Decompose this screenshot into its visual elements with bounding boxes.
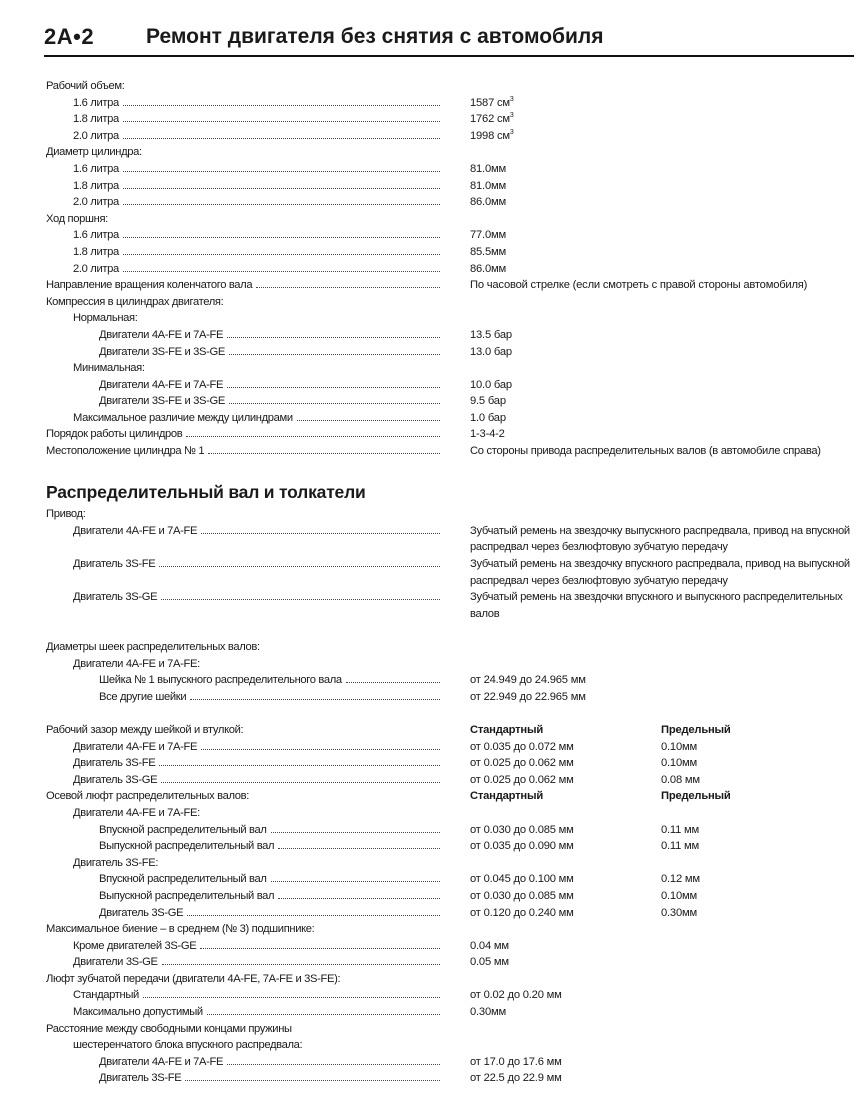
spec-label: Привод:	[46, 506, 86, 523]
spec-label: Двигатель 3S-FE	[73, 556, 440, 573]
dot-leader	[123, 137, 440, 139]
dot-leader	[123, 203, 440, 205]
spec-label-text: Рабочий объем:	[46, 78, 125, 95]
spec-label: Двигатель 3S-GE	[73, 589, 440, 606]
spec-label-text: Люфт зубчатой передачи (двигатели 4A-FE,…	[46, 971, 340, 988]
spec-value: от 17.0 до 17.6 мм	[470, 1054, 562, 1071]
dot-leader	[123, 270, 440, 272]
spacer	[0, 705, 866, 722]
spec-value: 86.0мм	[470, 194, 506, 211]
spec-row: Впускной распределительный валот 0.045 д…	[0, 871, 866, 888]
column-header-limit: Предельный	[661, 788, 731, 805]
spec-row: 1.8 литра85.5мм	[0, 244, 866, 261]
dot-leader	[123, 236, 440, 238]
spec-label-text: Кроме двигателей 3S-GE	[73, 938, 196, 955]
spec-label-text: Привод:	[46, 506, 86, 523]
spec-value: 13.0 бар	[470, 344, 512, 361]
spec-limit-value: 0.30мм	[661, 905, 697, 922]
spec-row: 2.0 литра86.0мм	[0, 261, 866, 278]
dot-leader	[278, 847, 440, 849]
dot-leader	[229, 353, 440, 355]
spec-label-text: Двигатели 4A-FE и 7A-FE:	[73, 656, 200, 673]
dot-leader	[229, 402, 440, 404]
spec-label-text: 1.8 литра	[73, 111, 119, 128]
spec-row: Минимальная:	[0, 360, 866, 377]
dot-leader	[346, 681, 440, 683]
spec-row: Двигатели 4A-FE и 7A-FE10.0 бар	[0, 377, 866, 394]
spec-value: от 0.045 до 0.100 мм	[470, 871, 574, 888]
spec-row: Шейка № 1 выпускного распределительного …	[0, 672, 866, 689]
spec-label-text: Двигатель 3S-GE	[73, 772, 157, 789]
spec-row: Двигатели 3S-FE и 3S-GE13.0 бар	[0, 344, 866, 361]
spec-row: Привод:	[0, 506, 866, 523]
spec-row: Максимально допустимый0.30мм	[0, 1004, 866, 1021]
spec-limit-value: 0.11 мм	[661, 822, 699, 839]
dot-leader	[123, 187, 440, 189]
spec-row: 1.8 литра81.0мм	[0, 178, 866, 195]
spec-label: Двигатели 4A-FE и 7A-FE	[99, 377, 440, 394]
spec-label-text: Двигатель 3S-FE:	[73, 855, 158, 872]
spec-label: Все другие шейки	[99, 689, 440, 706]
spec-label: Максимально допустимый	[73, 1004, 440, 1021]
spec-label: Местоположение цилиндра № 1	[46, 443, 440, 460]
dot-leader	[161, 781, 440, 783]
spec-label: 1.8 литра	[73, 244, 440, 261]
spec-label: Диаметры шеек распределительных валов:	[46, 639, 260, 656]
dot-leader	[187, 914, 440, 916]
spec-value: Со стороны привода распределительных вал…	[470, 443, 862, 460]
dot-leader	[208, 452, 440, 454]
section-title-camshaft: Распределительный вал и толкатели	[0, 476, 866, 506]
spec-row: Двигатель 3S-GEЗубчатый ремень на звездо…	[0, 589, 866, 622]
dot-leader	[200, 947, 440, 949]
spec-label: 1.6 литра	[73, 161, 440, 178]
spec-value: 1587 см3	[470, 95, 514, 112]
spec-row: Ход поршня:	[0, 211, 866, 228]
spec-label-text: шестеренчатого блока впускного распредва…	[73, 1037, 302, 1054]
spec-label-text: Двигатель 3S-FE	[99, 1070, 181, 1087]
spec-label-text: 1.8 литра	[73, 244, 119, 261]
spec-row: Двигатели 4A-FE и 7A-FEЗубчатый ремень н…	[0, 523, 866, 556]
spec-row: Впускной распределительный валот 0.030 д…	[0, 822, 866, 839]
spec-label: Компрессия в цилиндрах двигателя:	[46, 294, 223, 311]
spec-label-text: Местоположение цилиндра № 1	[46, 443, 204, 460]
column-header-limit: Предельный	[661, 722, 731, 739]
spec-label: Направление вращения коленчатого вала	[46, 277, 440, 294]
spec-row: 1.6 литра81.0мм	[0, 161, 866, 178]
spec-row: Компрессия в цилиндрах двигателя:	[0, 294, 866, 311]
spec-row: Рабочий объем:	[0, 78, 866, 95]
spec-label-text: Двигатели 4A-FE и 7A-FE	[73, 523, 197, 540]
spec-label: 1.8 литра	[73, 178, 440, 195]
spec-value: 13.5 бар	[470, 327, 512, 344]
general-specs-table: Рабочий объем:1.6 литра1587 см31.8 литра…	[0, 78, 866, 476]
spec-value: от 0.120 до 0.240 мм	[470, 905, 574, 922]
spec-row: Рабочий зазор между шейкой и втулкой:Ста…	[0, 722, 866, 739]
spec-label: Выпускной распределительный вал	[99, 838, 440, 855]
spec-value: от 0.025 до 0.062 мм	[470, 772, 574, 789]
dot-leader	[123, 170, 440, 172]
chapter-title: Ремонт двигателя без снятия с автомобиля	[146, 25, 604, 49]
spec-label-text: Двигатели 4A-FE и 7A-FE	[99, 1054, 223, 1071]
spec-row: Люфт зубчатой передачи (двигатели 4A-FE,…	[0, 971, 866, 988]
spec-value: от 0.035 до 0.090 мм	[470, 838, 574, 855]
spec-row: 1.6 литра77.0мм	[0, 227, 866, 244]
spec-row: 1.6 литра1587 см3	[0, 95, 866, 112]
dot-leader	[227, 1063, 440, 1065]
spec-label-text: 2.0 литра	[73, 128, 119, 145]
spec-label-text: Расстояние между свободными концами пруж…	[46, 1021, 292, 1038]
dot-leader	[159, 565, 440, 567]
spec-row: Порядок работы цилиндров1-3-4-2	[0, 426, 866, 443]
spec-row: Кроме двигателей 3S-GE0.04 мм	[0, 938, 866, 955]
spec-row: Расстояние между свободными концами пруж…	[0, 1021, 866, 1038]
dot-leader	[256, 286, 440, 288]
spec-row: Двигатель 3S-FEЗубчатый ремень на звездо…	[0, 556, 866, 589]
spec-label-text: Все другие шейки	[99, 689, 186, 706]
spec-row: 2.0 литра1998 см3	[0, 128, 866, 145]
spec-value: 0.04 мм	[470, 938, 509, 955]
spec-label: 2.0 литра	[73, 128, 440, 145]
spec-row: 2.0 литра86.0мм	[0, 194, 866, 211]
spec-label-text: 1.6 литра	[73, 95, 119, 112]
spec-label: 1.6 литра	[73, 227, 440, 244]
spec-row: Двигатели 4A-FE и 7A-FE:	[0, 656, 866, 673]
spec-label-text: Двигатели 3S-FE и 3S-GE	[99, 344, 225, 361]
spec-label: Двигатели 3S-GE	[73, 954, 440, 971]
header-divider	[44, 55, 854, 57]
dot-leader	[159, 764, 440, 766]
spec-label: Двигатели 4A-FE и 7A-FE	[99, 1054, 440, 1071]
dot-leader	[190, 698, 440, 700]
dot-leader	[162, 963, 440, 965]
spec-label-text: Двигатели 4A-FE и 7A-FE:	[73, 805, 200, 822]
dot-leader	[207, 1013, 440, 1015]
spec-label: 1.8 литра	[73, 111, 440, 128]
spec-value: от 0.030 до 0.085 мм	[470, 822, 574, 839]
spec-label: Расстояние между свободными концами пруж…	[46, 1021, 292, 1038]
spec-label-text: Двигатель 3S-GE	[73, 589, 157, 606]
spec-value: 77.0мм	[470, 227, 506, 244]
spec-label-text: Диаметры шеек распределительных валов:	[46, 639, 260, 656]
spec-value: от 24.949 до 24.965 мм	[470, 672, 586, 689]
column-header-standard: Стандартный	[470, 788, 543, 805]
spec-row: Нормальная:	[0, 310, 866, 327]
spec-label: Двигатель 3S-FE	[73, 755, 440, 772]
dot-leader	[201, 532, 440, 534]
spec-value: 81.0мм	[470, 161, 506, 178]
dot-leader	[297, 419, 440, 421]
spec-row: Направление вращения коленчатого валаПо …	[0, 277, 866, 294]
spec-limit-value: 0.08 мм	[661, 772, 700, 789]
spec-row: Двигатели 3S-GE0.05 мм	[0, 954, 866, 971]
spec-limit-value: 0.12 мм	[661, 871, 700, 888]
spec-label: Двигатель 3S-FE:	[73, 855, 158, 872]
spec-label-text: Впускной распределительный вал	[99, 871, 267, 888]
spec-label: Двигатели 3S-FE и 3S-GE	[99, 344, 440, 361]
spec-label: Двигатель 3S-GE	[99, 905, 440, 922]
spec-label-text: 1.6 литра	[73, 227, 119, 244]
spec-limit-value: 0.11 мм	[661, 838, 699, 855]
page-number: 2A•2	[44, 24, 94, 50]
spec-value: Зубчатый ремень на звездочки впускного и…	[470, 589, 862, 622]
spec-label-text: Максимальное различие между цилиндрами	[73, 410, 293, 427]
spec-row: Двигатель 3S-GEот 0.025 до 0.062 мм0.08 …	[0, 772, 866, 789]
spec-row: Все другие шейкиот 22.949 до 22.965 мм	[0, 689, 866, 706]
dot-leader	[278, 897, 440, 899]
spec-label: Двигатели 3S-FE и 3S-GE	[99, 393, 440, 410]
dot-leader	[161, 598, 440, 600]
spec-label: Нормальная:	[73, 310, 138, 327]
spec-row: Диаметр цилиндра:	[0, 144, 866, 161]
spec-label: Осевой люфт распределительных валов:	[46, 788, 249, 805]
spec-label-text: Двигатель 3S-FE	[73, 556, 155, 573]
spec-label: Ход поршня:	[46, 211, 108, 228]
dot-leader	[123, 104, 440, 106]
spec-row: Стандартныйот 0.02 до 0.20 мм	[0, 987, 866, 1004]
column-header-standard: Стандартный	[470, 722, 543, 739]
spec-value: 81.0мм	[470, 178, 506, 195]
spec-value: 86.0мм	[470, 261, 506, 278]
spec-row: Двигатели 4A-FE и 7A-FE:	[0, 805, 866, 822]
spec-label-text: Выпускной распределительный вал	[99, 838, 274, 855]
spec-row: Максимальное биение – в среднем (№ 3) по…	[0, 921, 866, 938]
spec-label: Впускной распределительный вал	[99, 822, 440, 839]
spec-label-text: Двигатели 3S-GE	[73, 954, 158, 971]
spec-value: от 22.949 до 22.965 мм	[470, 689, 586, 706]
spec-label-text: Максимально допустимый	[73, 1004, 203, 1021]
dot-leader	[185, 1079, 440, 1081]
spec-label-text: Направление вращения коленчатого вала	[46, 277, 252, 294]
spec-value: от 22.5 до 22.9 мм	[470, 1070, 562, 1087]
spec-label-text: Минимальная:	[73, 360, 145, 377]
spec-label: Диаметр цилиндра:	[46, 144, 142, 161]
dot-leader	[186, 435, 440, 437]
spec-row: Двигатели 4A-FE и 7A-FEот 0.035 до 0.072…	[0, 739, 866, 756]
spec-row: Двигатель 3S-FEот 0.025 до 0.062 мм0.10м…	[0, 755, 866, 772]
spec-row: Двигатель 3S-GEот 0.120 до 0.240 мм0.30м…	[0, 905, 866, 922]
spec-label-text: Двигатели 4A-FE и 7A-FE	[73, 739, 197, 756]
spec-limit-value: 0.10мм	[661, 739, 697, 756]
spec-label: Люфт зубчатой передачи (двигатели 4A-FE,…	[46, 971, 340, 988]
spec-label-text: Двигатели 4A-FE и 7A-FE	[99, 377, 223, 394]
dot-leader	[143, 996, 440, 998]
spec-label-text: Двигатели 3S-FE и 3S-GE	[99, 393, 225, 410]
spec-label-text: Диаметр цилиндра:	[46, 144, 142, 161]
spec-label-text: Двигатель 3S-FE	[73, 755, 155, 772]
spec-label-text: Двигатель 3S-GE	[99, 905, 183, 922]
spec-row: Двигатель 3S-FEот 22.5 до 22.9 мм	[0, 1070, 866, 1087]
spec-label-text: Стандартный	[73, 987, 139, 1004]
spec-value: от 0.035 до 0.072 мм	[470, 739, 574, 756]
spec-label: Рабочий зазор между шейкой и втулкой:	[46, 722, 243, 739]
spec-label-text: Рабочий зазор между шейкой и втулкой:	[46, 722, 243, 739]
spacer	[0, 622, 866, 639]
spec-label-text: 2.0 литра	[73, 261, 119, 278]
spec-label: Двигатель 3S-GE	[73, 772, 440, 789]
spec-label: Рабочий объем:	[46, 78, 125, 95]
spec-label: Кроме двигателей 3S-GE	[73, 938, 440, 955]
spec-label-text: Порядок работы цилиндров	[46, 426, 182, 443]
spec-row: шестеренчатого блока впускного распредва…	[0, 1037, 866, 1054]
dot-leader	[271, 831, 440, 833]
spec-row: Двигатель 3S-FE:	[0, 855, 866, 872]
spec-label-text: Впускной распределительный вал	[99, 822, 267, 839]
spec-label: Двигатели 4A-FE и 7A-FE:	[73, 805, 200, 822]
spec-content: Рабочий объем:1.6 литра1587 см31.8 литра…	[0, 78, 866, 1087]
spec-value: 0.05 мм	[470, 954, 509, 971]
spec-value: Зубчатый ремень на звездочку впускного р…	[470, 556, 862, 589]
spec-label-text: Максимальное биение – в среднем (№ 3) по…	[46, 921, 314, 938]
spec-label: 1.6 литра	[73, 95, 440, 112]
spec-value: от 0.030 до 0.085 мм	[470, 888, 574, 905]
spec-value: 9.5 бар	[470, 393, 506, 410]
dot-leader	[123, 253, 440, 255]
spec-limit-value: 0.10мм	[661, 888, 697, 905]
spec-value: По часовой стрелке (если смотреть с прав…	[470, 277, 807, 294]
spec-label: Двигатели 4A-FE и 7A-FE	[73, 739, 440, 756]
spec-label: 2.0 литра	[73, 261, 440, 278]
spec-label-text: Двигатели 4A-FE и 7A-FE	[99, 327, 223, 344]
spec-label-text: 1.8 литра	[73, 178, 119, 195]
spec-value: 1-3-4-2	[470, 426, 505, 443]
dot-leader	[123, 120, 440, 122]
spec-row: Двигатели 3S-FE и 3S-GE9.5 бар	[0, 393, 866, 410]
spec-label: 2.0 литра	[73, 194, 440, 211]
spec-label: Шейка № 1 выпускного распределительного …	[99, 672, 440, 689]
spec-label-text: 2.0 литра	[73, 194, 119, 211]
spec-value: Зубчатый ремень на звездочку выпускного …	[470, 523, 862, 556]
spec-row: Двигатели 4A-FE и 7A-FE13.5 бар	[0, 327, 866, 344]
dot-leader	[227, 386, 440, 388]
spec-label: Стандартный	[73, 987, 440, 1004]
dot-leader	[271, 880, 440, 882]
spec-label: Двигатели 4A-FE и 7A-FE	[73, 523, 440, 540]
camshaft-specs-table: Привод:Двигатели 4A-FE и 7A-FEЗубчатый р…	[0, 506, 866, 1087]
spec-label-text: 1.6 литра	[73, 161, 119, 178]
spec-label: Двигатели 4A-FE и 7A-FE	[99, 327, 440, 344]
spec-label-text: Компрессия в цилиндрах двигателя:	[46, 294, 223, 311]
spec-value: 0.30мм	[470, 1004, 506, 1021]
spec-label-text: Ход поршня:	[46, 211, 108, 228]
spec-label-text: Осевой люфт распределительных валов:	[46, 788, 249, 805]
spec-label: Впускной распределительный вал	[99, 871, 440, 888]
spec-row: Выпускной распределительный валот 0.030 …	[0, 888, 866, 905]
page-header: 2A•2 Ремонт двигателя без снятия с автом…	[44, 24, 854, 54]
spec-label: Минимальная:	[73, 360, 145, 377]
spec-limit-value: 0.10мм	[661, 755, 697, 772]
spec-value: 85.5мм	[470, 244, 506, 261]
spec-label-text: Нормальная:	[73, 310, 138, 327]
spec-value: 1762 см3	[470, 111, 514, 128]
spec-value: от 0.025 до 0.062 мм	[470, 755, 574, 772]
spec-label: Порядок работы цилиндров	[46, 426, 440, 443]
spec-label: шестеренчатого блока впускного распредва…	[73, 1037, 302, 1054]
spec-label: Двигатели 4A-FE и 7A-FE:	[73, 656, 200, 673]
spec-row: Местоположение цилиндра № 1Со стороны пр…	[0, 443, 866, 476]
spec-row: 1.8 литра1762 см3	[0, 111, 866, 128]
spec-row: Максимальное различие между цилиндрами1.…	[0, 410, 866, 427]
spec-label: Максимальное биение – в среднем (№ 3) по…	[46, 921, 314, 938]
spec-value: 1998 см3	[470, 128, 514, 145]
spec-value: 1.0 бар	[470, 410, 506, 427]
spec-label: Выпускной распределительный вал	[99, 888, 440, 905]
spec-label: Двигатель 3S-FE	[99, 1070, 440, 1087]
spec-row: Двигатели 4A-FE и 7A-FEот 17.0 до 17.6 м…	[0, 1054, 866, 1071]
spec-row: Выпускной распределительный валот 0.035 …	[0, 838, 866, 855]
spec-value: 10.0 бар	[470, 377, 512, 394]
spec-label-text: Выпускной распределительный вал	[99, 888, 274, 905]
spec-label-text: Шейка № 1 выпускного распределительного …	[99, 672, 342, 689]
dot-leader	[201, 748, 440, 750]
spec-row: Диаметры шеек распределительных валов:	[0, 639, 866, 656]
spec-value: от 0.02 до 0.20 мм	[470, 987, 562, 1004]
dot-leader	[227, 336, 440, 338]
spec-label: Максимальное различие между цилиндрами	[73, 410, 440, 427]
spec-row: Осевой люфт распределительных валов:Стан…	[0, 788, 866, 805]
